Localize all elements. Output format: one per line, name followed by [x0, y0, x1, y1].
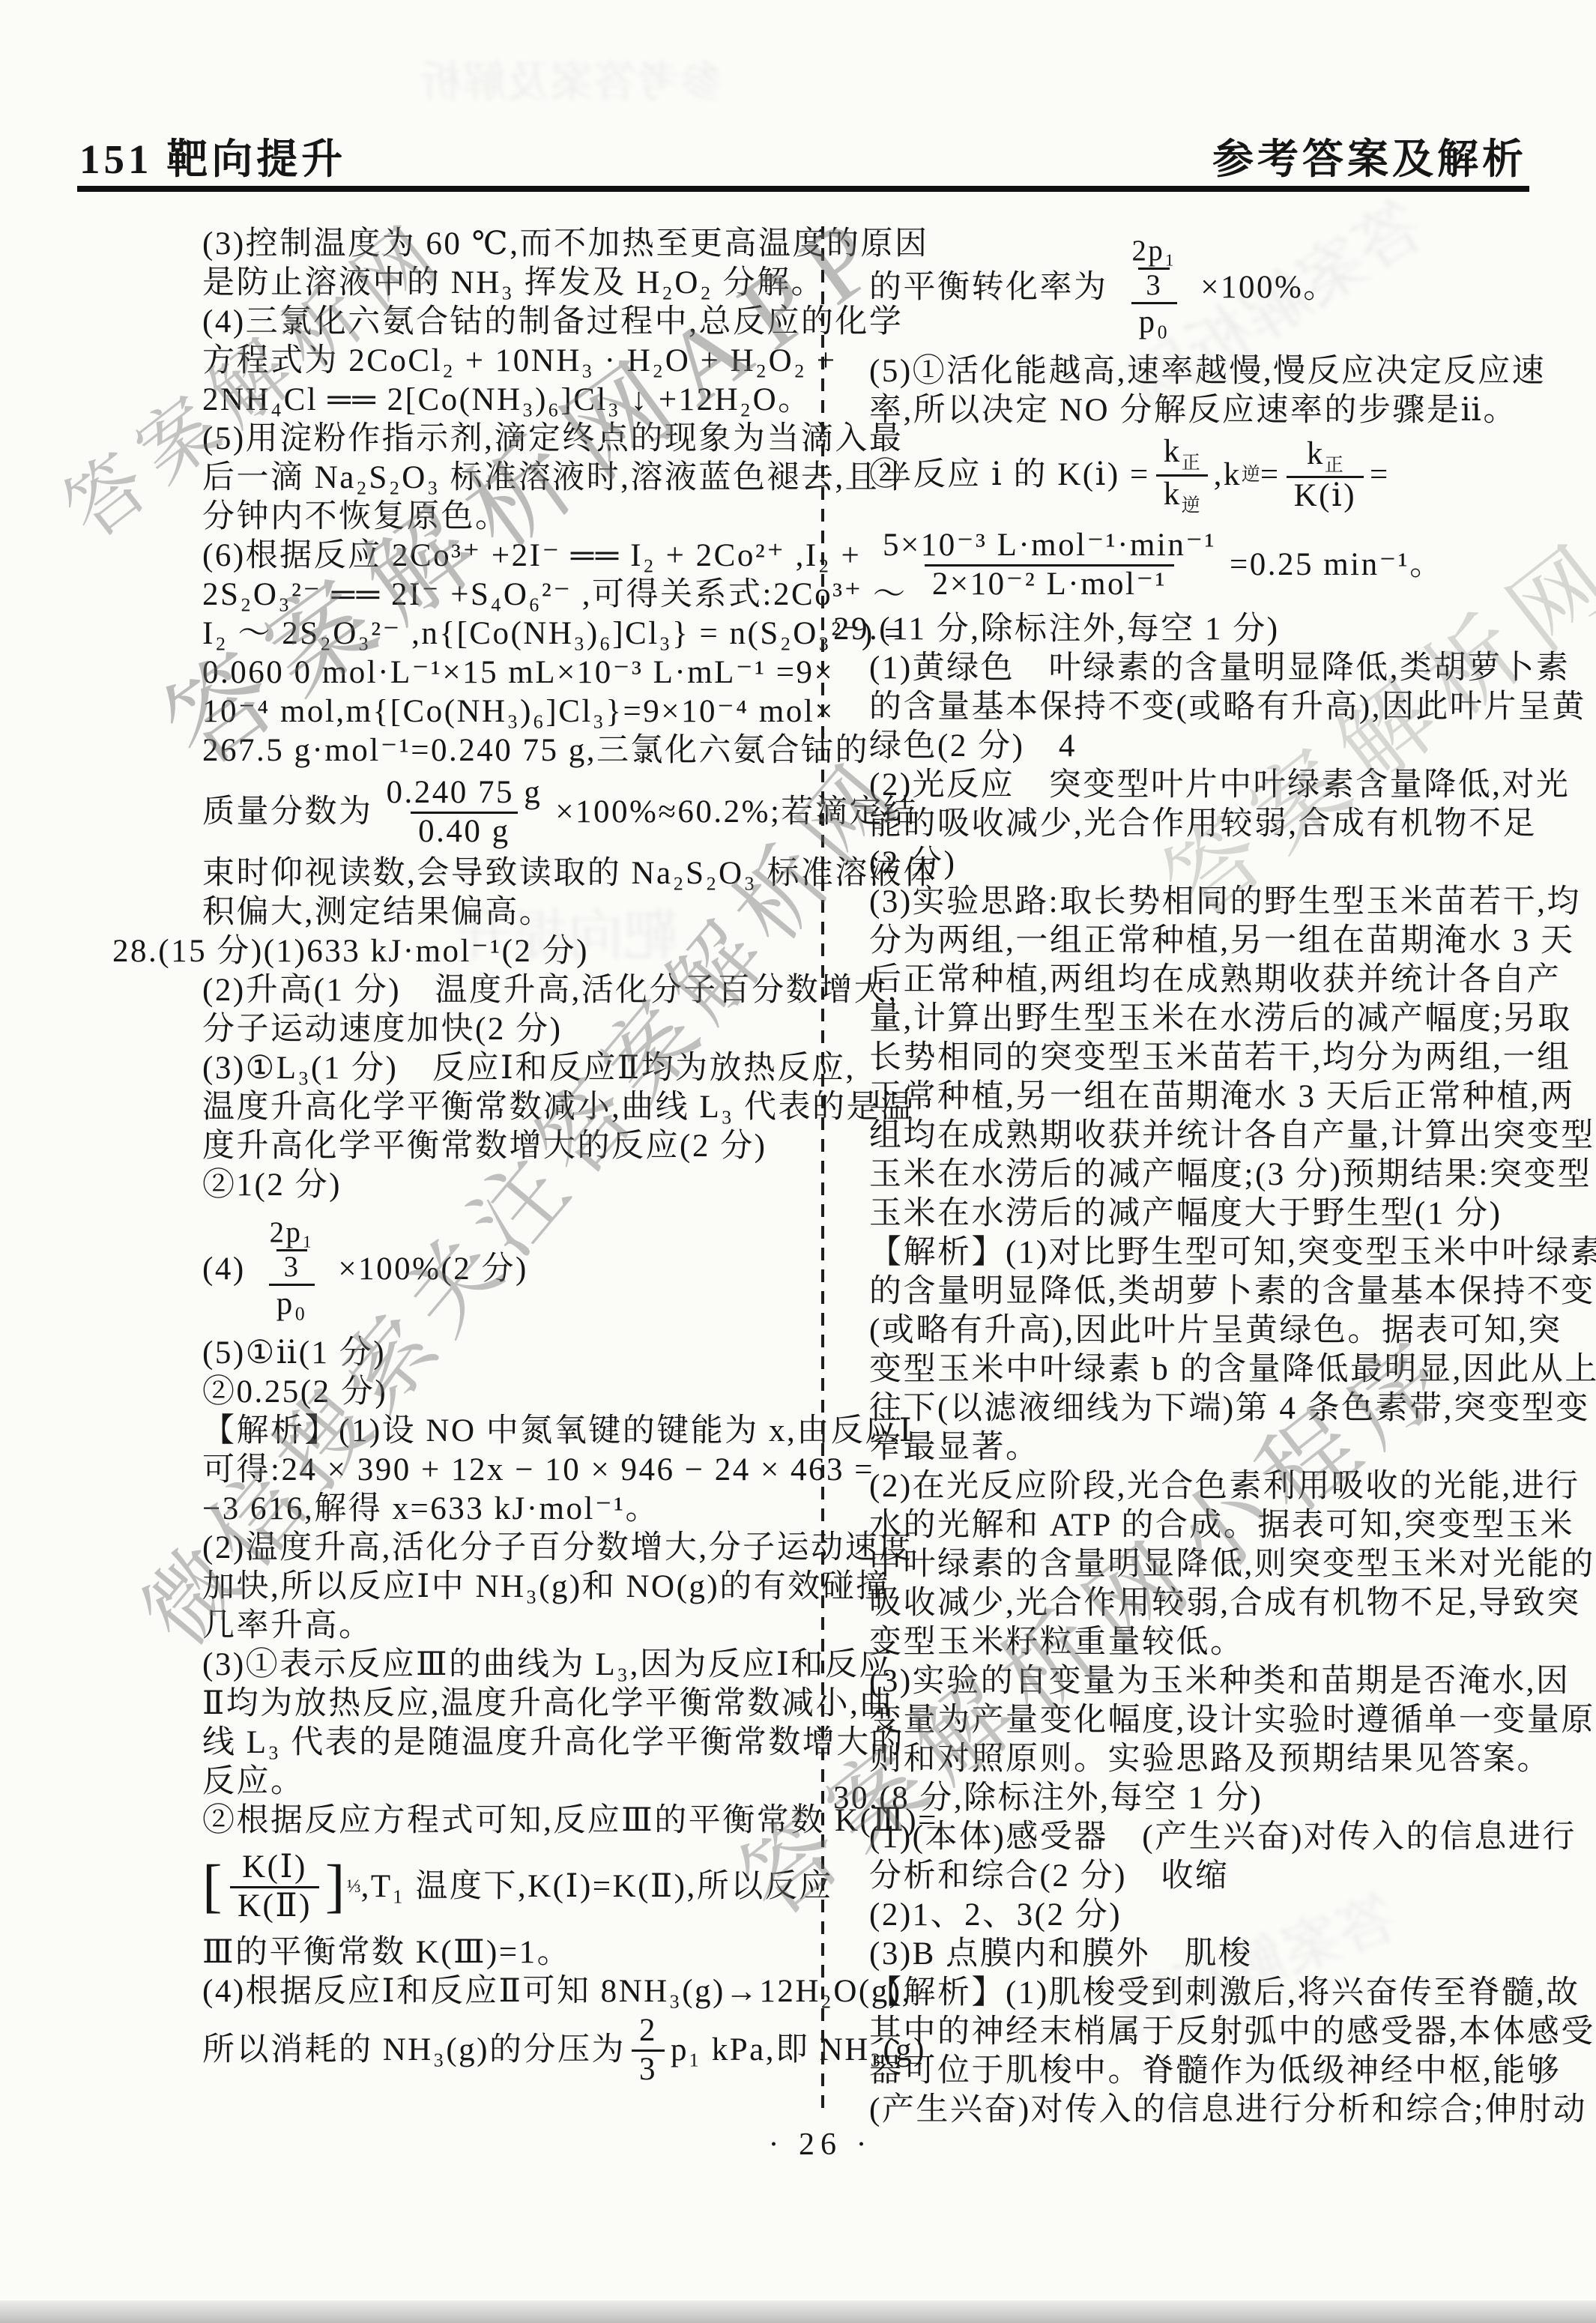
sub-text: 正 — [1182, 453, 1200, 474]
text-run: 2p₁ — [1132, 235, 1177, 267]
fraction: 0.240 75 g0.40 g — [379, 775, 550, 849]
text-line: 29.(11 分,除标注外,每空 1 分) — [833, 610, 1564, 649]
text-line: 度升高化学平衡常数增大的反应(2 分) — [112, 1127, 820, 1166]
text-run: 0.40 g — [418, 814, 510, 849]
fraction: K(Ⅰ)K(Ⅱ) — [230, 1849, 319, 1924]
big-text: ] — [325, 1857, 347, 1917]
text-line: 反应。 — [112, 1762, 820, 1801]
text-line: 往下(以滤液细线为下端)第 4 条色素带,突变型变 — [833, 1389, 1564, 1428]
fraction: 23 — [632, 2013, 665, 2087]
text-line: 分子运动速度加快(2 分) — [112, 1010, 820, 1049]
sub-text: 逆 — [1242, 456, 1260, 495]
text-line: (3)①L₃(1 分) 反应Ⅰ和反应Ⅱ均为放热反应, — [112, 1049, 820, 1088]
text-line: (3)①表示反应Ⅲ的曲线为 L₃,因为反应Ⅰ和反应 — [112, 1646, 820, 1685]
text-run: ×100%。 — [1200, 268, 1337, 307]
page-header-left-title: 151 靶向提升 — [79, 126, 346, 185]
text-line: 的平衡转化率为2p₁3p₀×100%。 — [833, 223, 1564, 352]
text-line: [K(Ⅰ)K(Ⅱ)]⅓,T₁ 温度下,K(Ⅰ)=K(Ⅱ),所以反应 — [112, 1840, 820, 1933]
page-header-right-title: 参考答案及解析 — [1212, 126, 1527, 185]
text-line: 正常种植,另一组在苗期淹水 3 天后正常种植,两 — [833, 1078, 1564, 1117]
text-line: (3)实验的自变量为玉米种类和苗期是否淹水,因 — [833, 1662, 1564, 1701]
fraction: 2p₁3 — [1125, 235, 1185, 303]
text-run: K(ⅰ) — [1294, 478, 1356, 513]
text-line: 是防止溶液中的 NH₃ 挥发及 H₂O₂ 分解。 — [112, 264, 820, 303]
text-run: p₀ — [1139, 304, 1170, 339]
text-line: 加快,所以反应Ⅰ中 NH₃(g)和 NO(g)的有效碰撞 — [112, 1568, 820, 1607]
text-line: 几率升高。 — [112, 1607, 820, 1646]
text-line: (2)升高(1 分) 温度升高,活化分子百分数增大, — [112, 971, 820, 1010]
text-line: 窄最显著。 — [833, 1428, 1564, 1467]
scanned-answer-page: { "page": { "header": { "left_title": "1… — [0, 0, 1596, 2323]
text-line: (4)2p₁3p₀×100%(2 分) — [112, 1205, 820, 1334]
text-line: 中叶绿素的含量明显降低,则突变型玉米对光能的 — [833, 1545, 1564, 1584]
text-line: 30.(8 分,除标注外,每空 1 分) — [833, 1779, 1564, 1818]
sub-text: 正 — [1325, 455, 1343, 475]
text-line: Ⅱ均为放热反应,温度升高化学平衡常数减小,曲 — [112, 1685, 820, 1724]
column-right: 的平衡转化率为2p₁3p₀×100%。(5)①活化能越高,速率越慢,慢反应决定反… — [833, 223, 1564, 2130]
column-divider-dashed-line — [821, 226, 824, 2115]
text-run: 的平衡转化率为 — [869, 268, 1108, 307]
scan-bottom-shadow — [0, 2301, 1596, 2323]
text-line: (2)温度升高,活化分子百分数增大,分子运动速度 — [112, 1529, 820, 1568]
text-run: 5×10⁻³ L·mol⁻¹·min⁻¹ — [883, 528, 1216, 563]
text-line: 2S₂O₃²⁻ ══ 2I⁻ +S₄O₆²⁻ ,可得关系式:2Co³⁺ ～ — [112, 576, 820, 614]
text-line: 长势相同的突变型玉米苗若干,均分为两组,一组 — [833, 1039, 1564, 1078]
text-line: 所以消耗的 NH₃(g)的分压为23p₁ kPa,即 NH₃(g) — [112, 2011, 820, 2089]
text-line: 吸收减少,光合作用较弱,合成有机物不足,导致突 — [833, 1584, 1564, 1623]
text-line: (3)B 点膜内和膜外 肌梭 — [833, 1935, 1564, 1974]
text-line: (3)实验思路:取长势相同的野生型玉米苗若干,均 — [833, 883, 1564, 922]
text-line: (2 分) — [833, 844, 1564, 883]
text-line: ②根据反应方程式可知,反应Ⅲ的平衡常数 K(Ⅲ)= — [112, 1801, 820, 1840]
text-run: 0.240 75 g — [387, 775, 542, 810]
fraction: 2p₁3p₀ — [1114, 235, 1195, 341]
fraction: k正k逆 — [1156, 434, 1208, 516]
text-line: 后一滴 Na₂S₂O₃ 标准溶液时,溶液蓝色褪去,且半 — [112, 459, 820, 498]
sup-text: ⅓ — [347, 1867, 361, 1906]
text-run: k — [1307, 436, 1325, 471]
text-run: = — [1260, 456, 1281, 495]
text-line: 分析和综合(2 分) 收缩 — [833, 1857, 1564, 1896]
text-line: ②1(2 分) — [112, 1166, 820, 1205]
text-line: 线 L₃ 代表的是随温度升高化学平衡常数增大的 — [112, 1724, 820, 1762]
text-line: 0.060 0 mol·L⁻¹×15 mL×10⁻³ L·mL⁻¹ =9× — [112, 653, 820, 692]
text-line: 变型玉米籽粒重量较低。 — [833, 1623, 1564, 1662]
text-line: 水的光解和 ATP 的合成。据表可知,突变型玉米 — [833, 1506, 1564, 1545]
text-line: 后正常种植,两组均在成熟期收获并统计各自产 — [833, 961, 1564, 1000]
text-line: 绿色(2 分) 4 — [833, 727, 1564, 766]
text-line: 积偏大,测定结果偏高。 — [112, 893, 820, 932]
text-line: (或略有升高),因此叶片呈黄绿色。据表可知,突 — [833, 1311, 1564, 1350]
text-line: 分钟内不恢复原色。 — [112, 498, 820, 537]
fraction: 5×10⁻³ L·mol⁻¹·min⁻¹2×10⁻² L·mol⁻¹ — [875, 528, 1224, 602]
text-line: 分为两组,一组正常种植,另一组在苗期淹水 3 天 — [833, 922, 1564, 961]
text-run: 3 — [284, 1251, 300, 1283]
text-line: 其中的神经末梢属于反射弧中的感受器,本体感受 — [833, 2013, 1564, 2052]
text-line: 温度升高化学平衡常数减小,曲线 L₃ 代表的是温 — [112, 1088, 820, 1127]
text-line: Ⅲ的平衡常数 K(Ⅲ)=1。 — [112, 1933, 820, 1972]
text-run: 2p₁ — [270, 1217, 315, 1248]
text-line: ② 反应 ⅰ 的 K(ⅰ) = k正k逆,k逆 = k正K(ⅰ) = — [833, 430, 1564, 520]
text-line: 能的吸收减少,光合作用较弱,合成有机物不足 — [833, 805, 1564, 844]
text-line: 10⁻⁴ mol,m{[Co(NH₃)₆]Cl₃}=9×10⁻⁴ mol× — [112, 692, 820, 731]
text-line: (2)1、2、3(2 分) — [833, 1896, 1564, 1935]
text-line: (5)①活化能越高,速率越慢,慢反应决定反应速 — [833, 352, 1564, 391]
text-line: 的含量基本保持不变(或略有升高),因此叶片呈黄 — [833, 688, 1564, 727]
text-run: k — [1164, 434, 1182, 469]
text-line: (5)用淀粉作指示剂,滴定终点的现象为当滴入最 — [112, 420, 820, 459]
text-line: 率,所以决定 NO 分解反应速率的步骤是ⅱ。 — [833, 391, 1564, 430]
text-line: (2)光反应 突变型叶片中叶绿素含量降低,对光 — [833, 766, 1564, 805]
text-line: (4)根据反应Ⅰ和反应Ⅱ可知 8NH₃(g)→12H₂O(g), — [112, 1972, 820, 2011]
text-line: (4)三氯化六氨合钴的制备过程中,总反应的化学 — [112, 303, 820, 342]
text-line: (3)控制温度为 60 ℃,而不加热至更高温度的原因 — [112, 225, 820, 264]
text-line: 【解析】(1)对比野生型可知,突变型玉米中叶绿素 — [833, 1233, 1564, 1272]
text-line: 【解析】(1)肌梭受到刺激后,将兴奋传至脊髓,故 — [833, 1974, 1564, 2013]
text-line: 质量分数为0.240 75 g0.40 g×100%≈60.2%;若滴定结 — [112, 770, 820, 854]
text-run: p₀ — [276, 1286, 308, 1321]
text-line: 2NH₄Cl ══ 2[Co(NH₃)₆]Cl₃ ↓ +12H₂O。 — [112, 381, 820, 420]
text-run: ,T₁ 温度下,K(Ⅰ)=K(Ⅱ),所以反应 — [361, 1867, 833, 1906]
page-number: · 26 · — [716, 2127, 925, 2163]
fraction: k正K(ⅰ) — [1287, 436, 1364, 515]
text-line: 量,计算出野生型玉米在水涝后的减产幅度;另取 — [833, 1000, 1564, 1039]
text-line: 方程式为 2CoCl₂ + 10NH₃ · H₂O + H₂O₂ + — [112, 342, 820, 381]
text-line: (1)黄绿色 叶绿素的含量明显降低,类胡萝卜素 — [833, 649, 1564, 688]
text-line: (5)①ⅱ(1 分) — [112, 1334, 820, 1373]
text-run: 3 — [1146, 270, 1162, 301]
text-line: 玉米在水涝后的减产幅度;(3 分)预期结果:突变型 — [833, 1156, 1564, 1194]
sub-text: 逆 — [1182, 495, 1200, 516]
text-line: 变型玉米中叶绿素 b 的含量降低最明显,因此从上 — [833, 1350, 1564, 1389]
text-line: 变量为产量变化幅度,设计实验时遵循单一变量原 — [833, 1701, 1564, 1740]
text-run: 2×10⁻² L·mol⁻¹ — [932, 567, 1167, 602]
text-line: 组均在成熟期收获并统计各自产量,计算出突变型 — [833, 1117, 1564, 1156]
text-run: K(Ⅰ) — [242, 1849, 307, 1885]
text-run: k — [1164, 477, 1182, 512]
text-run: ,k — [1214, 456, 1242, 495]
column-left: (3)控制温度为 60 ℃,而不加热至更高温度的原因是防止溶液中的 NH₃ 挥发… — [112, 225, 820, 2089]
text-line: 的含量明显降低,类胡萝卜素的含量基本保持不变 — [833, 1272, 1564, 1311]
text-line: 则和对照原则。实验思路及预期结果见答案。 — [833, 1740, 1564, 1779]
text-run: 3 — [639, 2052, 657, 2087]
text-line: −3 616,解得 x=633 kJ·mol⁻¹。 — [112, 1490, 820, 1529]
fraction: 2p₁3p₀ — [252, 1217, 333, 1323]
text-line: 28.(15 分)(1)633 kJ·mol⁻¹(2 分) — [112, 932, 820, 971]
text-line: 5×10⁻³ L·mol⁻¹·min⁻¹2×10⁻² L·mol⁻¹=0.25 … — [833, 520, 1564, 610]
bleed-through-text: 参考答案及解析 — [420, 46, 724, 109]
text-run: ×100%(2 分) — [338, 1250, 528, 1289]
text-line: (6)根据反应 2Co³⁺ +2I⁻ ══ I₂ + 2Co²⁺ ,I₂ + — [112, 537, 820, 576]
text-run: = — [1370, 456, 1390, 495]
text-run: 2 — [639, 2013, 657, 2048]
text-line: 267.5 g·mol⁻¹=0.240 75 g,三氯化六氨合钴的 — [112, 731, 820, 770]
text-run: K(Ⅱ) — [238, 1888, 312, 1924]
text-line: 可得:24 × 390 + 12x − 10 × 946 − 24 × 463 … — [112, 1451, 820, 1490]
text-run: =0.25 min⁻¹。 — [1230, 546, 1444, 584]
text-line: 束时仰视读数,会导致读取的 Na₂S₂O₃ 标准溶液体 — [112, 854, 820, 893]
text-line: 【解析】(1)设 NO 中氮氧键的键能为 x,由反应Ⅰ — [112, 1412, 820, 1451]
text-line: I₂ ～ 2S₂O₃²⁻ ,n{[Co(NH₃)₆]Cl₃} = n(S₂O₃²… — [112, 614, 820, 653]
text-line: (1)(本体)感受器 (产生兴奋)对传入的信息进行 — [833, 1818, 1564, 1857]
text-line: 玉米在水涝后的减产幅度大于野生型(1 分) — [833, 1194, 1564, 1233]
text-run: 质量分数为 — [202, 793, 373, 832]
text-line: (产生兴奋)对传入的信息进行分析和综合;伸肘动 — [833, 2091, 1564, 2130]
text-line: ②0.25(2 分) — [112, 1373, 820, 1412]
text-run: ② 反应 ⅰ 的 K(ⅰ) = — [869, 456, 1150, 495]
text-line: (2)在光反应阶段,光合色素利用吸收的光能,进行 — [833, 1467, 1564, 1506]
big-text: [ — [202, 1857, 224, 1917]
fraction: 2p₁3 — [262, 1217, 322, 1284]
text-line: 器可位于肌梭中。脊髓作为低级神经中枢,能够 — [833, 2052, 1564, 2091]
header-rule — [77, 186, 1529, 192]
text-run: 所以消耗的 NH₃(g)的分压为 — [202, 2031, 626, 2070]
text-run: (4) — [202, 1250, 246, 1289]
